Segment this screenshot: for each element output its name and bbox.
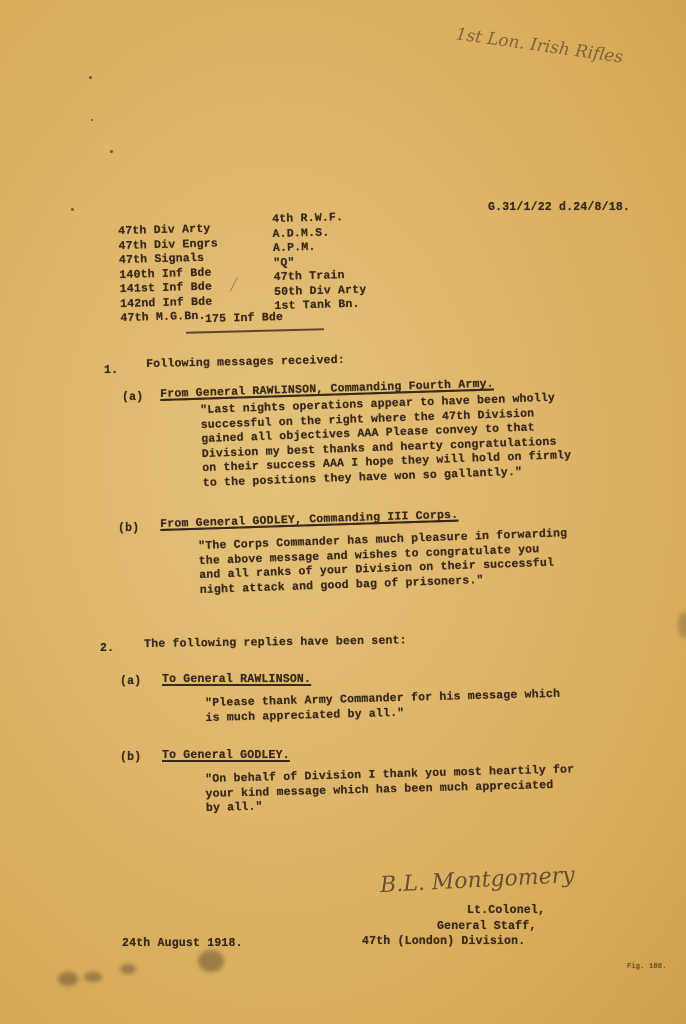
ink-smudge [198,950,224,972]
section-2b-label: (b) [120,751,141,764]
ink-smudge [120,964,136,974]
section-1-heading: Following messages received: [146,354,345,371]
section-2a-message: "Please thank Army Commander for his mes… [205,688,561,726]
section-2b-to: To General GODLEY. [162,749,290,762]
section-1a-message: "Last nights operations appear to have b… [200,391,572,491]
handwritten-signature: B.L. Montgomery [379,863,575,898]
document-page: 1st Lon. Irish Rifles G.31/1/22 d.24/8/1… [0,0,686,1024]
distribution-list-left: 47th Div Arty 47th Div Engrs 47th Signal… [118,222,220,326]
paper-speck [110,150,113,153]
signature-rank: Lt.Colonel, [467,904,545,917]
section-1-number: 1. [104,364,118,377]
ink-smudge [678,612,686,638]
section-1b-label: (b) [118,522,139,535]
section-2b-message: "On behalf of Division I thank you most … [205,763,575,816]
document-date: 24th August 1918. [122,937,243,950]
handwritten-note: 1st Lon. Irish Rifles [454,24,624,67]
distribution-item: 1st Tank Bn. [274,298,367,315]
section-1b-from: From General GODLEY, Commanding III Corp… [160,509,459,531]
reference-number: G.31/1/22 d.24/8/18. [488,201,630,214]
signature-unit: 47th (London) Division. [362,935,525,948]
distribution-extra: 175 Inf Bde [205,311,283,326]
paper-speck [91,119,93,121]
signature-role: General Staff, [437,920,536,933]
ink-smudge [84,972,102,982]
section-1b-message: "The Corps Commander has much pleasure i… [198,527,569,598]
figure-label: Fig. 108. [627,963,667,971]
distribution-rule [186,328,324,334]
section-2-number: 2. [100,642,114,655]
section-2a-to: To General RAWLINSON. [162,673,311,686]
paper-speck [71,208,74,211]
section-2a-label: (a) [120,675,141,688]
handwritten-tick: ⟋ [226,277,241,295]
paper-speck [89,76,92,79]
ink-smudge [58,972,78,986]
distribution-list-right: 4th R.W.F. A.D.M.S. A.P.M. "Q" 47th Trai… [272,211,367,315]
section-2-heading: The following replies have been sent: [144,634,407,651]
section-1a-label: (a) [122,391,143,404]
